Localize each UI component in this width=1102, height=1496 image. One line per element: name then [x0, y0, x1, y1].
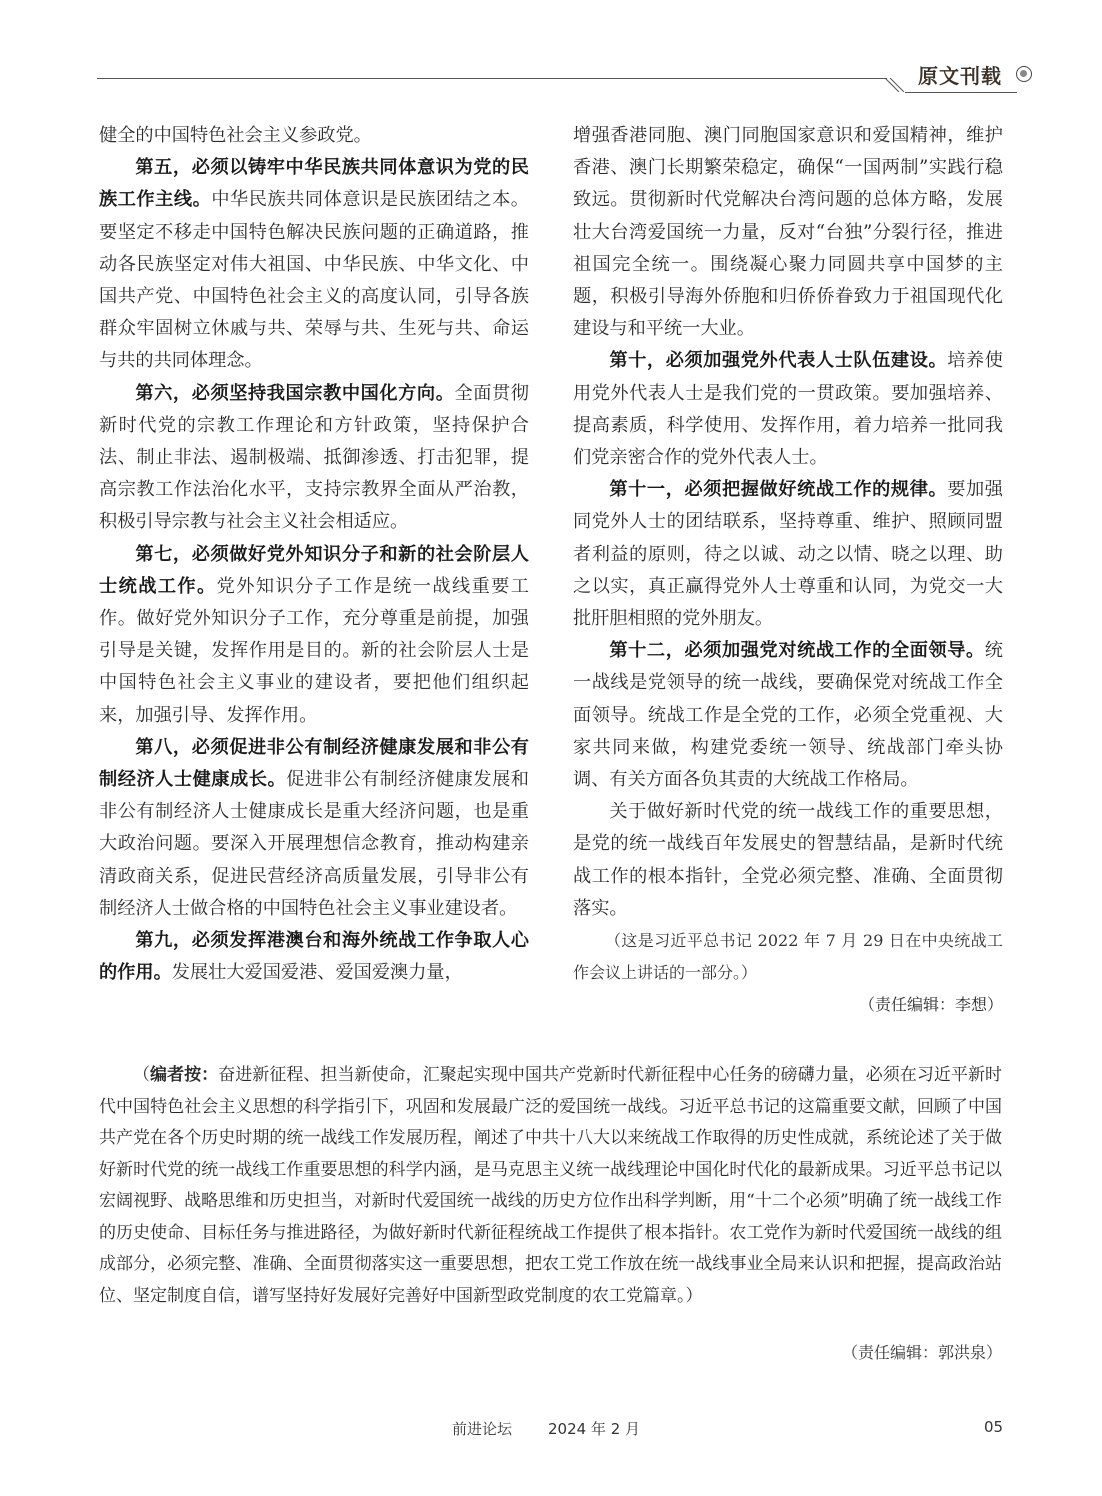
- left-column: 健全的中国特色社会主义参政党。 第五，必须以铸牢中华民族共同体意识为党的民族工作…: [99, 120, 529, 989]
- point-heading: 第六，必须坚持我国宗教中国化方向。: [135, 383, 454, 404]
- footer-journal-name: 前进论坛: [452, 1418, 512, 1439]
- section-title: 原文刊载: [918, 60, 1002, 89]
- point-heading: 第十一，必须把握做好统战工作的规律。: [609, 479, 947, 500]
- paragraph: 第十，必须加强党外代表人士队伍建设。培养使用党外代表人士是我们党的一贯政策。要加…: [573, 345, 1003, 474]
- paragraph: 第十一，必须把握做好统战工作的规律。要加强同党外人士的团结联系，坚持尊重、维护、…: [573, 474, 1003, 635]
- editor-note-label: 编者按：: [150, 1065, 218, 1085]
- paragraph-text: 发展壮大爱国爱港、爱国爱澳力量，: [172, 962, 463, 983]
- paragraph: 第九，必须发挥港澳台和海外统战工作争取人心的作用。发展壮大爱国爱港、爱国爱澳力量…: [99, 925, 529, 989]
- paragraph-text: 全面贯彻新时代党的宗教工作理论和方针政策，坚持保护合法、制止非法、遏制极端、抵御…: [99, 383, 529, 533]
- page-number: 05: [984, 1418, 1003, 1436]
- source-note: （这是习近平总书记 2022 年 7 月 29 日在中央统战工作会议上讲话的一部…: [573, 925, 1003, 989]
- editor-note-responsible-editor: （责任编辑：郭洪泉）: [842, 1340, 1002, 1363]
- paragraph-text: 中华民族共同体意识是民族团结之本。要坚定不移走中国特色解决民族问题的正确道路，推…: [99, 189, 529, 371]
- paragraph: 第十二，必须加强党对统战工作的全面领导。统一战线是党领导的统一战线，要确保党对统…: [573, 635, 1003, 796]
- paragraph: 健全的中国特色社会主义参政党。: [99, 120, 529, 152]
- conclusion-paragraph: 关于做好新时代党的统一战线工作的重要思想，是党的统一战线百年发展史的智慧结晶，是…: [573, 796, 1003, 925]
- header-underline: [905, 92, 1017, 93]
- editor-note-paren: （: [133, 1065, 150, 1085]
- paragraph-text: 要加强同党外人士的团结联系，坚持尊重、维护、照顾同盟者利益的原则，待之以诚、动之…: [573, 479, 1003, 629]
- paragraph: 第五，必须以铸牢中华民族共同体意识为党的民族工作主线。中华民族共同体意识是民族团…: [99, 152, 529, 377]
- point-heading: 第十二，必须加强党对统战工作的全面领导。: [609, 640, 984, 661]
- target-circle-icon: [1016, 66, 1032, 82]
- paragraph-text: 促进非公有制经济健康发展和非公有制经济人士健康成长是重大经济问题，也是重大政治问…: [99, 769, 529, 919]
- paragraph-text: 党外知识分子工作是统一战线重要工作。做好党外知识分子工作，充分尊重是前提，加强引…: [99, 576, 529, 726]
- right-column: 增强香港同胞、澳门同胞国家意识和爱国精神，维护香港、澳门长期繁荣稳定，确保“一国…: [573, 120, 1003, 1022]
- paragraph: 第七，必须做好党外知识分子和新的社会阶层人士统战工作。党外知识分子工作是统一战线…: [99, 539, 529, 732]
- editor-note-text: 奋进新征程、担当新使命，汇聚起实现中国共产党新时代新征程中心任务的磅礴力量，必须…: [99, 1065, 1002, 1306]
- editor-note: （编者按：奋进新征程、担当新使命，汇聚起实现中国共产党新时代新征程中心任务的磅礴…: [99, 1060, 1002, 1312]
- paragraph: 第八，必须促进非公有制经济健康发展和非公有制经济人士健康成长。促进非公有制经济健…: [99, 732, 529, 925]
- header-rule-bend: [885, 78, 907, 92]
- footer-issue-date: 2024 年 2 月: [548, 1418, 640, 1439]
- point-heading: 第十，必须加强党外代表人士队伍建设。: [609, 350, 947, 371]
- paragraph: 第六，必须坚持我国宗教中国化方向。全面贯彻新时代党的宗教工作理论和方针政策，坚持…: [99, 378, 529, 539]
- paragraph-text: 统一战线是党领导的统一战线，要确保党对统战工作全面领导。统战工作是全党的工作，必…: [573, 640, 1003, 790]
- header-rule: [97, 78, 887, 79]
- paragraph: 增强香港同胞、澳门同胞国家意识和爱国精神，维护香港、澳门长期繁荣稳定，确保“一国…: [573, 120, 1003, 345]
- responsible-editor: （责任编辑：李想）: [573, 989, 1003, 1021]
